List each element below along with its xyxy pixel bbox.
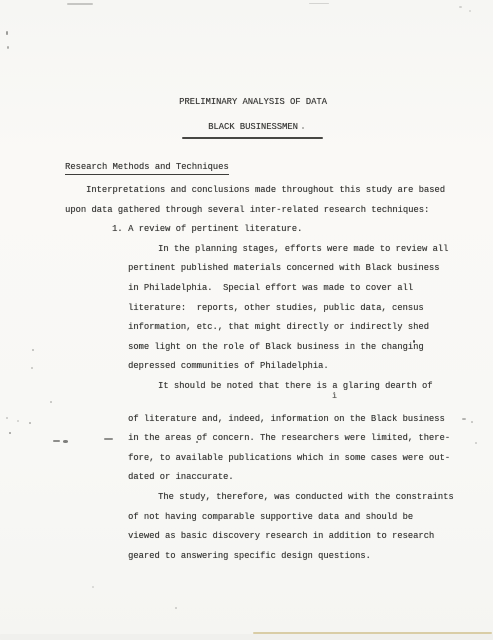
paragraph-1-line-5: information, etc., that might directly o… <box>65 318 465 338</box>
paragraph-1-line-7: depressed communities of Philadelphia. <box>65 357 465 377</box>
scan-speck <box>459 6 462 8</box>
title-underline-rule <box>182 137 323 139</box>
paragraph-3-line-3: fore, to available publications which in… <box>65 449 465 469</box>
scan-speck <box>9 432 11 434</box>
scanned-document-page: PRELIMINARY ANALYSIS OF DATA BLACK BUSIN… <box>0 0 493 640</box>
stray-ink-dot <box>196 441 198 443</box>
list-item-1-text: A review of pertinent literature. <box>128 224 302 234</box>
scan-speck <box>6 417 8 419</box>
scan-speck <box>29 422 31 424</box>
paragraph-1-line-6: some light on the role of Black business… <box>65 338 465 358</box>
list-item-1: 1.A review of pertinent literature. <box>65 220 465 240</box>
paragraph-1-line-3: in Philadelphia. Special effort was made… <box>65 279 465 299</box>
title-block: PRELIMINARY ANALYSIS OF DATA BLACK BUSIN… <box>13 97 493 132</box>
scan-speck <box>31 367 33 369</box>
scan-speck <box>175 607 177 609</box>
paragraph-3-line-2: in the areas of concern. The researchers… <box>65 429 465 449</box>
intro-line-1: Interpretations and conclusions made thr… <box>65 181 465 201</box>
paragraph-2-line-1: It should be noted that there is a glari… <box>65 377 465 397</box>
paragraph-4-line-3: viewed as basic discovery research in ad… <box>65 527 465 547</box>
scan-speck <box>469 10 471 12</box>
scan-speck <box>302 127 304 129</box>
paragraph-3-line-4: dated or inaccurate. <box>65 468 465 488</box>
scan-speck <box>92 586 94 588</box>
scan-artifact-margin-blob <box>63 440 68 443</box>
scan-artifact-bottom-strip <box>0 634 493 640</box>
scan-speck <box>462 418 466 420</box>
paragraph-1-line-1: In the planning stages, efforts were mad… <box>65 240 465 260</box>
list-item-1-number: 1. <box>112 224 123 234</box>
scan-speck <box>17 420 19 422</box>
scan-speck <box>6 31 8 35</box>
section-heading: Research Methods and Techniques <box>65 162 229 175</box>
paragraph-1-line-4: literature: reports, other studies, publ… <box>65 299 465 319</box>
paragraph-4-line-4: geared to answering specific design ques… <box>65 547 465 567</box>
inter-paragraph-gap: ì <box>65 397 465 410</box>
scan-speck <box>475 442 477 444</box>
paragraph-4-line-2: of not having comparable supportive data… <box>65 508 465 528</box>
scan-artifact-top-dash-2 <box>309 3 329 4</box>
stray-ink-dot-after-changing <box>413 340 415 343</box>
document-text-layer: PRELIMINARY ANALYSIS OF DATA BLACK BUSIN… <box>0 0 493 640</box>
paragraph-3-line-1: of literature and, indeed, information o… <box>65 410 465 430</box>
scan-speck <box>50 401 52 403</box>
scan-speck <box>32 349 34 351</box>
stray-ink-mark: ì <box>332 392 337 401</box>
document-title-line2: BLACK BUSINESSMEN <box>13 122 493 132</box>
scan-speck <box>471 421 473 423</box>
body-text: Interpretations and conclusions made thr… <box>65 181 465 566</box>
scan-artifact-margin-dash-2 <box>104 438 113 440</box>
paragraph-4-line-1: The study, therefore, was conducted with… <box>65 488 465 508</box>
section-heading-text: Research Methods and Techniques <box>65 162 229 175</box>
scan-speck <box>7 46 9 49</box>
document-title-line1: PRELIMINARY ANALYSIS OF DATA <box>13 97 493 107</box>
scan-artifact-margin-dash <box>53 440 60 442</box>
scan-artifact-top-dash <box>67 3 93 5</box>
paragraph-1-line-2: pertinent published materials concerned … <box>65 259 465 279</box>
intro-line-2: upon data gathered through several inter… <box>65 201 465 221</box>
